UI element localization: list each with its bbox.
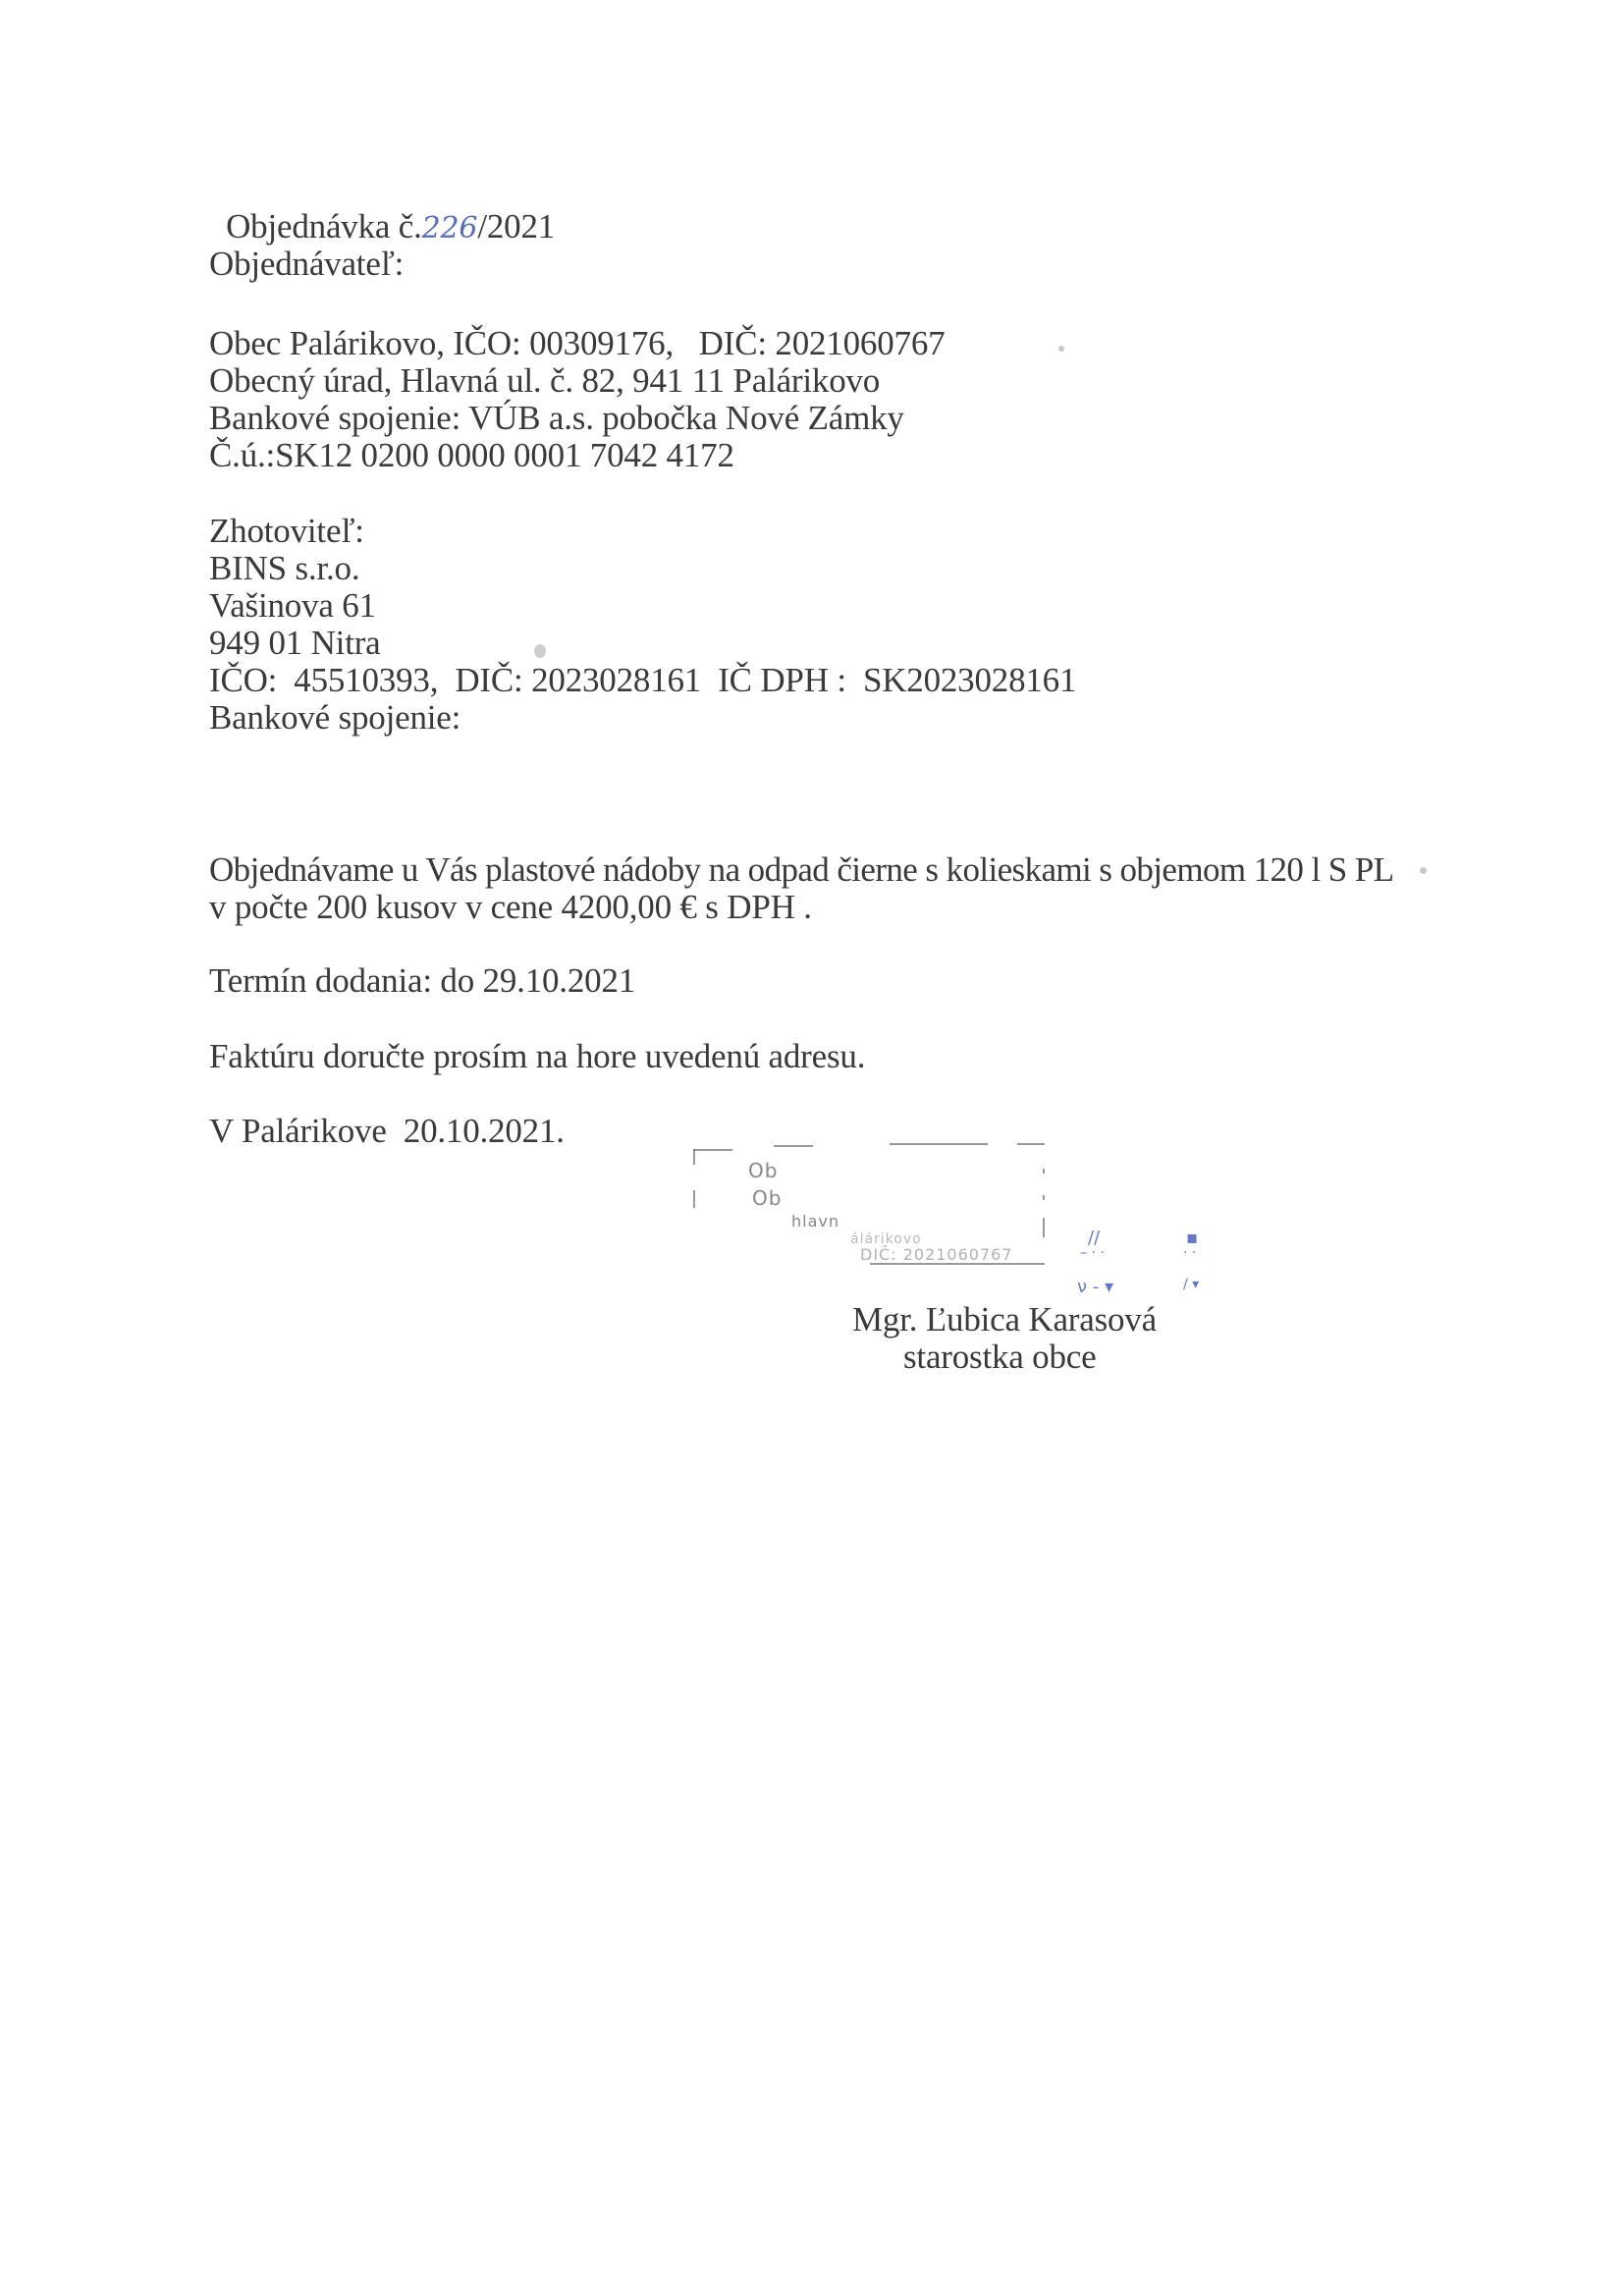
scan-speck	[534, 644, 546, 658]
contractor-line-2: Vašinova 61	[209, 587, 376, 625]
signature-mark: · ·	[1183, 1245, 1196, 1261]
signer-role: starostka obce	[903, 1339, 1096, 1376]
client-line-3: Bankové spojenie: VÚB a.s. pobočka Nové …	[209, 400, 904, 437]
order-number-handwritten: 226	[422, 211, 478, 246]
contractor-line-5: Bankové spojenie:	[209, 699, 460, 737]
client-line-1: Obec Palárikovo, IČO: 00309176, DIČ: 202…	[209, 325, 945, 362]
client-heading: Objednávateľ:	[209, 246, 404, 283]
invoice-note: Faktúru doručte prosím na hore uvedenú a…	[209, 1038, 865, 1075]
signature-mark: – · ·	[1080, 1245, 1105, 1261]
signature-mark: ν - ▾	[1077, 1277, 1113, 1297]
contractor-heading: Zhotoviteľ:	[209, 513, 364, 550]
order-title: Objednávka č.226/2021	[209, 171, 555, 247]
order-title-prefix: Objednávka č.	[226, 207, 422, 246]
contractor-line-4: IČO: 45510393, DIČ: 2023028161 IČ DPH : …	[209, 662, 1076, 699]
contractor-line-1: BINS s.r.o.	[209, 550, 359, 587]
contractor-line-3: 949 01 Nitra	[209, 625, 381, 662]
scan-speck	[1058, 346, 1064, 352]
client-line-4: Č.ú.:SK12 0200 0000 0001 7042 4172	[209, 437, 734, 474]
order-text-line-2: v počte 200 kusov v cene 4200,00 € s DPH…	[209, 889, 812, 926]
signer-name: Mgr. Ľubica Karasová	[852, 1301, 1157, 1339]
order-title-suffix: /2021	[477, 207, 555, 246]
order-text-line-1: Objednávame u Vás plastové nádoby na odp…	[209, 851, 1393, 889]
stamp-fragment: Ob	[752, 1186, 782, 1210]
delivery-term: Termín dodania: do 29.10.2021	[209, 962, 635, 1000]
stamp-fragment: DIČ: 2021060767	[860, 1245, 1012, 1264]
official-stamp: Ob Ob hlavn álárikovo DIČ: 2021060767	[693, 1141, 1047, 1259]
client-line-2: Obecný úrad, Hlavná ul. č. 82, 941 11 Pa…	[209, 362, 880, 400]
place-date: V Palárikove 20.10.2021.	[209, 1113, 565, 1150]
signature-mark: / ▾	[1183, 1277, 1199, 1292]
stamp-fragment: Ob	[748, 1159, 778, 1182]
scan-speck	[1420, 867, 1427, 874]
stamp-fragment: hlavn	[791, 1212, 839, 1230]
